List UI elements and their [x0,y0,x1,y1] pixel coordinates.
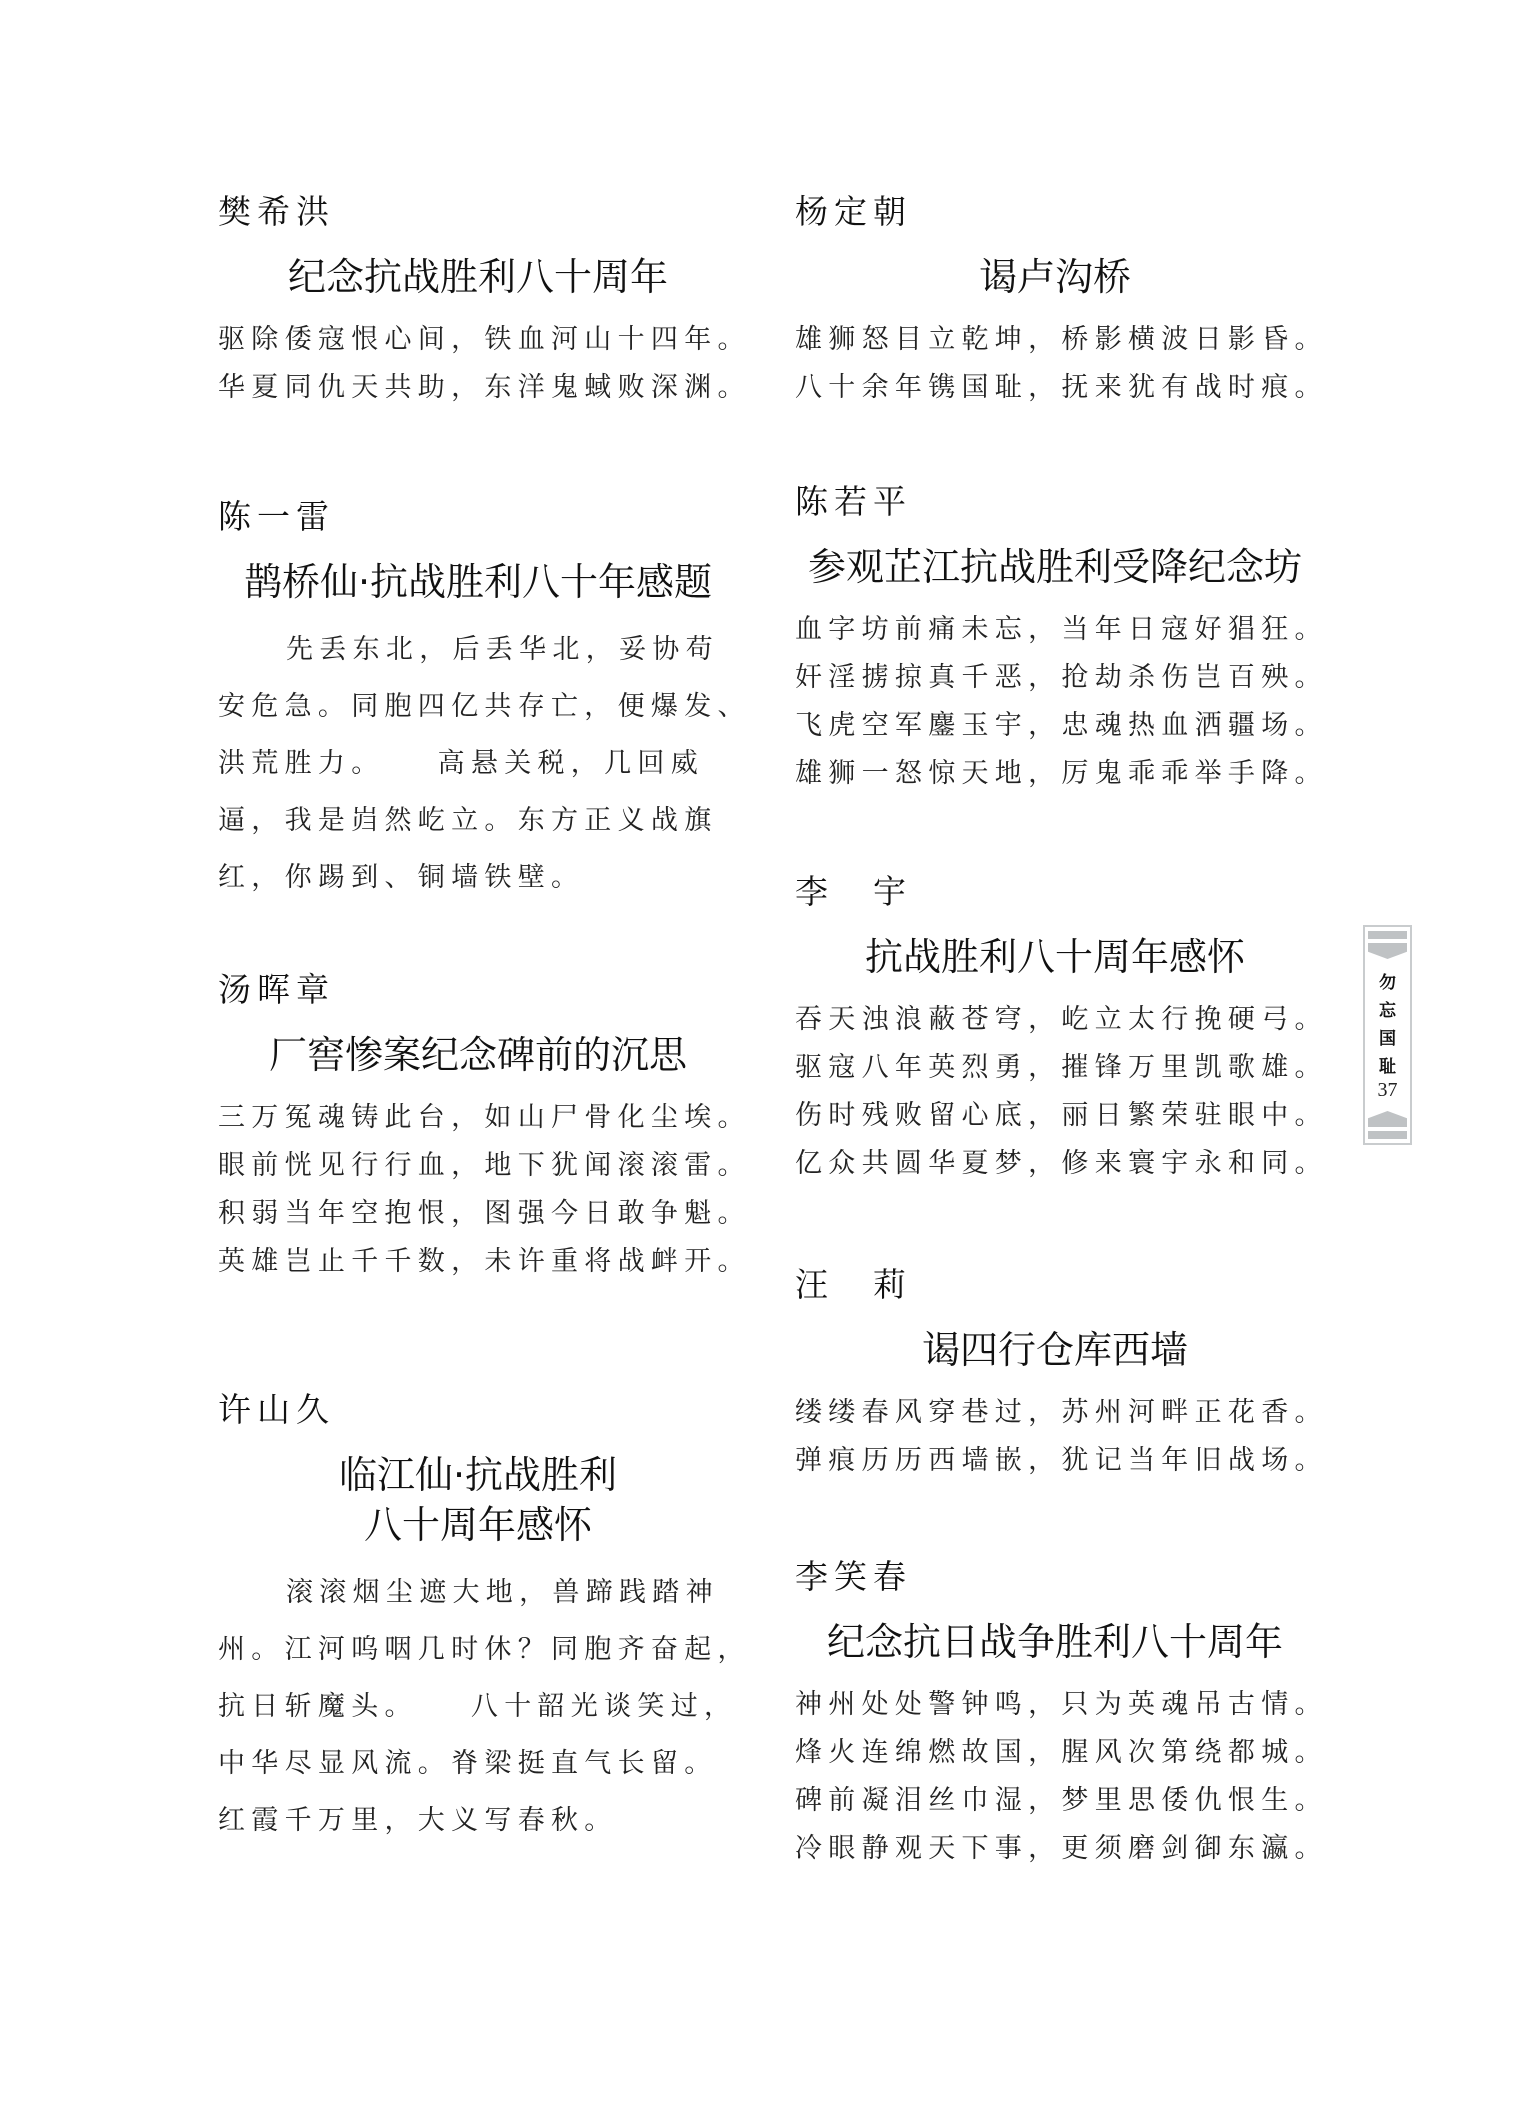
tab-ornament-bar [1368,931,1407,939]
poem-line: 先丢东北，后丢华北，妥协苟 [218,621,738,678]
poem-line: 雄狮一怒惊天地，厉鬼乖乖举手降。 [795,750,1315,798]
poem-line: 血字坊前痛未忘，当年日寇好猖狂。 [795,606,1315,654]
poem-author: 陈一雷 [218,495,738,539]
section-char: 国 [1365,1025,1410,1053]
poem-author: 陈若平 [795,480,1315,524]
poem-line: 八十余年镌国耻，抚来犹有战时痕。 [795,364,1315,412]
section-name: 勿 忘 国 耻 [1365,969,1410,1081]
poem-title: 纪念抗日战争胜利八十周年 [795,1617,1315,1667]
poem-line: 三万冤魂铸此台，如山尸骨化尘埃。 [218,1094,738,1142]
poem-fan-xihong: 樊希洪 纪念抗战胜利八十周年 驱除倭寇恨心间，铁血河山十四年。 华夏同仇天共助，… [218,190,738,412]
poem-body: 吞天浊浪蔽苍穹，屹立太行挽硬弓。 驱寇八年英烈勇，摧锋万里凯歌雄。 伤时残败留心… [795,996,1315,1188]
tab-ornament-chevron [1368,943,1407,959]
poem-line: 伤时残败留心底，丽日繁荣驻眼中。 [795,1092,1315,1140]
poem-line: 英雄岂止千千数，未许重将战衅开。 [218,1238,738,1286]
poem-line: 州。江河呜咽几时休？同胞齐奋起， [218,1621,738,1678]
poem-author: 杨定朝 [795,190,1315,234]
poem-chen-yilei: 陈一雷 鹊桥仙·抗战胜利八十年感题 先丢东北，后丢华北，妥协苟 安危急。同胞四亿… [218,495,738,906]
section-char: 耻 [1365,1053,1410,1081]
poem-tang-huizhang: 汤晖章 厂窖惨案纪念碑前的沉思 三万冤魂铸此台，如山尸骨化尘埃。 眼前恍见行行血… [218,968,738,1286]
poem-body: 雄狮怒目立乾坤，桥影横波日影昏。 八十余年镌国耻，抚来犹有战时痕。 [795,316,1315,412]
poem-author: 樊希洪 [218,190,738,234]
poem-line: 神州处处警钟鸣，只为英魂吊古情。 [795,1681,1315,1729]
poem-body: 三万冤魂铸此台，如山尸骨化尘埃。 眼前恍见行行血，地下犹闻滚滚雷。 积弱当年空抱… [218,1094,738,1286]
poem-author: 李 宇 [795,870,1315,914]
poem-title: 谒四行仓库西墙 [795,1325,1315,1375]
page-number: 37 [1365,1079,1410,1102]
poem-author: 汤晖章 [218,968,738,1012]
poem-body: 滚滚烟尘遮大地，兽蹄践踏神 州。江河呜咽几时休？同胞齐奋起， 抗日斩魔头。 八十… [218,1564,738,1849]
poem-wang-li: 汪 莉 谒四行仓库西墙 缕缕春风穿巷过，苏州河畔正花香。 弹痕历历西墙嵌，犹记当… [795,1263,1315,1485]
section-char: 勿 [1365,969,1410,997]
poem-line: 飞虎空军鏖玉宇，忠魂热血洒疆场。 [795,702,1315,750]
poem-line: 抗日斩魔头。 八十韶光谈笑过， [218,1678,738,1735]
poem-title: 鹊桥仙·抗战胜利八十年感题 [218,557,738,607]
poem-line: 奸淫掳掠真千恶，抢劫杀伤岂百殃。 [795,654,1315,702]
poem-line: 积弱当年空抱恨，图强今日敢争魁。 [218,1190,738,1238]
poem-line: 烽火连绵燃故国，腥风次第绕都城。 [795,1729,1315,1777]
poem-body: 血字坊前痛未忘，当年日寇好猖狂。 奸淫掳掠真千恶，抢劫杀伤岂百殃。 飞虎空军鏖玉… [795,606,1315,798]
poem-author: 汪 莉 [795,1263,1315,1307]
poem-line: 驱除倭寇恨心间，铁血河山十四年。 [218,316,738,364]
poem-body: 神州处处警钟鸣，只为英魂吊古情。 烽火连绵燃故国，腥风次第绕都城。 碑前凝泪丝巾… [795,1681,1315,1873]
poem-line: 逼，我是岿然屹立。东方正义战旗 [218,792,738,849]
poem-li-xiaochun: 李笑春 纪念抗日战争胜利八十周年 神州处处警钟鸣，只为英魂吊古情。 烽火连绵燃故… [795,1555,1315,1873]
poem-title: 参观芷江抗战胜利受降纪念坊 [795,542,1315,592]
poem-line: 驱寇八年英烈勇，摧锋万里凯歌雄。 [795,1044,1315,1092]
poem-line: 红霞千万里，大义写春秋。 [218,1792,738,1849]
poem-line: 红，你踢到、铜墙铁壁。 [218,849,738,906]
poem-yang-dingchao: 杨定朝 谒卢沟桥 雄狮怒目立乾坤，桥影横波日影昏。 八十余年镌国耻，抚来犹有战时… [795,190,1315,412]
poem-line: 安危急。同胞四亿共存亡，便爆发、 [218,678,738,735]
poem-line: 吞天浊浪蔽苍穹，屹立太行挽硬弓。 [795,996,1315,1044]
poem-line: 滚滚烟尘遮大地，兽蹄践踏神 [218,1564,738,1621]
section-char: 忘 [1365,997,1410,1025]
poem-line: 弹痕历历西墙嵌，犹记当年旧战场。 [795,1437,1315,1485]
poem-line: 华夏同仇天共助，东洋鬼蜮败深渊。 [218,364,738,412]
poem-xu-shanjiu: 许山久 临江仙·抗战胜利 八十周年感怀 滚滚烟尘遮大地，兽蹄践踏神 州。江河呜咽… [218,1388,738,1849]
tab-ornament-chevron [1368,1111,1407,1127]
tab-ornament-bar [1368,1131,1407,1139]
poem-line: 碑前凝泪丝巾湿，梦里思倭仇恨生。 [795,1777,1315,1825]
poem-line: 缕缕春风穿巷过，苏州河畔正花香。 [795,1389,1315,1437]
poem-line: 亿众共圆华夏梦，修来寰宇永和同。 [795,1140,1315,1188]
poem-title: 厂窖惨案纪念碑前的沉思 [218,1030,738,1080]
poem-body: 驱除倭寇恨心间，铁血河山十四年。 华夏同仇天共助，东洋鬼蜮败深渊。 [218,316,738,412]
poem-title: 临江仙·抗战胜利 八十周年感怀 [218,1450,738,1550]
section-side-tab: 勿 忘 国 耻 37 [1363,925,1412,1145]
poem-line: 洪荒胜力。 高悬关税，几回威 [218,735,738,792]
poem-title: 纪念抗战胜利八十周年 [218,252,738,302]
poem-body: 缕缕春风穿巷过，苏州河畔正花香。 弹痕历历西墙嵌，犹记当年旧战场。 [795,1389,1315,1485]
poem-li-yu: 李 宇 抗战胜利八十周年感怀 吞天浊浪蔽苍穹，屹立太行挽硬弓。 驱寇八年英烈勇，… [795,870,1315,1188]
poem-line: 冷眼静观天下事，更须磨剑御东瀛。 [795,1825,1315,1873]
poem-title: 抗战胜利八十周年感怀 [795,932,1315,982]
poem-author: 李笑春 [795,1555,1315,1599]
poem-line: 眼前恍见行行血，地下犹闻滚滚雷。 [218,1142,738,1190]
poem-line: 雄狮怒目立乾坤，桥影横波日影昏。 [795,316,1315,364]
poem-title: 谒卢沟桥 [795,252,1315,302]
poem-author: 许山久 [218,1388,738,1432]
poem-chen-ruoping: 陈若平 参观芷江抗战胜利受降纪念坊 血字坊前痛未忘，当年日寇好猖狂。 奸淫掳掠真… [795,480,1315,798]
poem-line: 中华尽显风流。脊梁挺直气长留。 [218,1735,738,1792]
poem-body: 先丢东北，后丢华北，妥协苟 安危急。同胞四亿共存亡，便爆发、 洪荒胜力。 高悬关… [218,621,738,906]
